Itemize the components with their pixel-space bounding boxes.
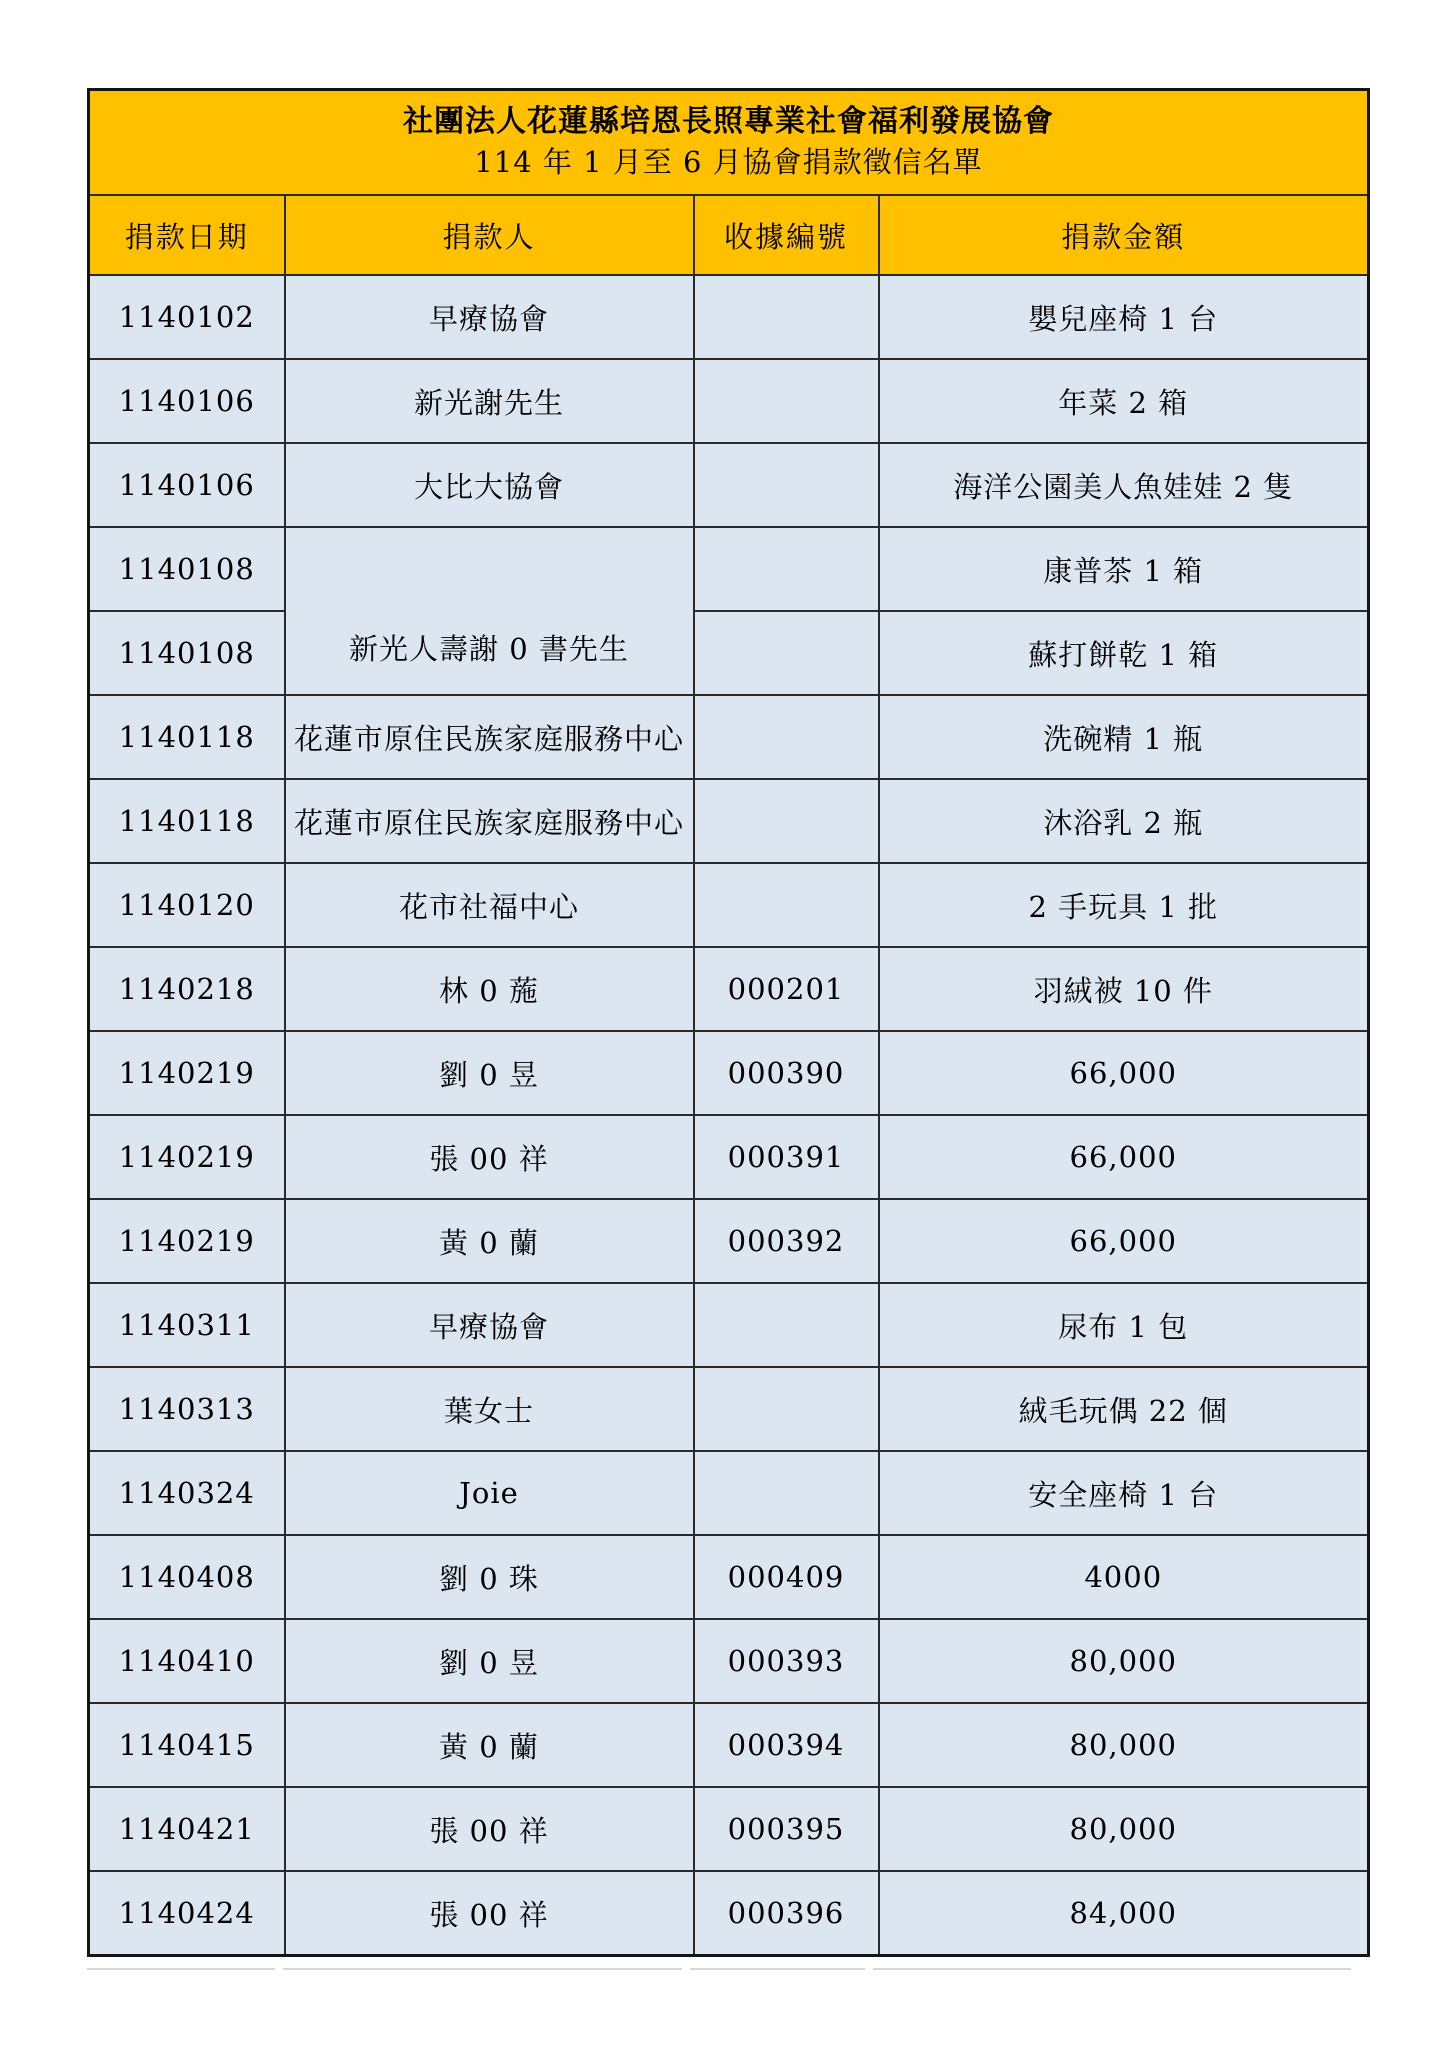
table-row: 1140102早療協會嬰兒座椅 1 台 (89, 275, 1369, 359)
cell-donor: 張 00 祥 (285, 1787, 694, 1871)
table-row: 1140424張 00 祥00039684,000 (89, 1871, 1369, 1956)
cell-donor: 新光謝先生 (285, 359, 694, 443)
table-row: 1140421張 00 祥00039580,000 (89, 1787, 1369, 1871)
cell-donor: 黃 0 蘭 (285, 1199, 694, 1283)
cell-receipt-number (694, 1451, 879, 1535)
report-title: 社團法人花蓮縣培恩長照專業社會福利發展協會 (90, 102, 1367, 142)
cell-donor: 林 0 葹 (285, 947, 694, 1031)
cell-amount: 66,000 (879, 1031, 1369, 1115)
cell-donation-date: 1140311 (89, 1283, 285, 1367)
cell-donor: 張 00 祥 (285, 1871, 694, 1956)
cell-donation-date: 1140219 (89, 1115, 285, 1199)
cell-amount: 康普茶 1 箱 (879, 527, 1369, 611)
cell-receipt-number (694, 275, 879, 359)
cell-donor: 新光人壽謝 0 書先生 (285, 527, 694, 695)
cell-amount: 洗碗精 1 瓶 (879, 695, 1369, 779)
table-row: 1140313葉女士絨毛玩偶 22 個 (89, 1367, 1369, 1451)
cell-donation-date: 1140106 (89, 443, 285, 527)
table-row: 1140218林 0 葹000201羽絨被 10 件 (89, 947, 1369, 1031)
cell-receipt-number (694, 1283, 879, 1367)
cell-donor: Joie (285, 1451, 694, 1535)
cell-receipt-number: 000390 (694, 1031, 879, 1115)
table-row: 1140408劉 0 珠0004094000 (89, 1535, 1369, 1619)
cell-amount: 嬰兒座椅 1 台 (879, 275, 1369, 359)
table-body: 社團法人花蓮縣培恩長照專業社會福利發展協會 114 年 1 月至 6 月協會捐款… (89, 90, 1369, 1956)
table-row: 1140108新光人壽謝 0 書先生康普茶 1 箱 (89, 527, 1369, 611)
cell-amount: 66,000 (879, 1199, 1369, 1283)
cell-donation-date: 1140118 (89, 695, 285, 779)
cell-receipt-number (694, 443, 879, 527)
cell-donation-date: 1140118 (89, 779, 285, 863)
cell-amount: 海洋公園美人魚娃娃 2 隻 (879, 443, 1369, 527)
cell-amount: 66,000 (879, 1115, 1369, 1199)
cell-receipt-number (694, 359, 879, 443)
cell-amount: 年菜 2 箱 (879, 359, 1369, 443)
cell-donor: 花蓮市原住民族家庭服務中心 (285, 779, 694, 863)
cell-donation-date: 1140120 (89, 863, 285, 947)
cell-donor: 劉 0 昱 (285, 1031, 694, 1115)
cell-donation-date: 1140424 (89, 1871, 285, 1956)
document-page: 社團法人花蓮縣培恩長照專業社會福利發展協會 114 年 1 月至 6 月協會捐款… (87, 88, 1367, 1970)
cell-amount: 84,000 (879, 1871, 1369, 1956)
title-cell: 社團法人花蓮縣培恩長照專業社會福利發展協會 114 年 1 月至 6 月協會捐款… (89, 90, 1369, 196)
table-row: 1140324Joie安全座椅 1 台 (89, 1451, 1369, 1535)
table-row: 1140219黃 0 蘭00039266,000 (89, 1199, 1369, 1283)
cell-receipt-number (694, 611, 879, 695)
table-row: 1140219張 00 祥00039166,000 (89, 1115, 1369, 1199)
cell-receipt-number (694, 863, 879, 947)
cell-donor: 大比大協會 (285, 443, 694, 527)
table-row: 1140118花蓮市原住民族家庭服務中心沐浴乳 2 瓶 (89, 779, 1369, 863)
table-row: 1140415黃 0 蘭00039480,000 (89, 1703, 1369, 1787)
cell-donation-date: 1140313 (89, 1367, 285, 1451)
cell-receipt-number: 000391 (694, 1115, 879, 1199)
cell-donor: 葉女士 (285, 1367, 694, 1451)
cell-receipt-number: 000201 (694, 947, 879, 1031)
cell-donor: 花蓮市原住民族家庭服務中心 (285, 695, 694, 779)
cell-receipt-number (694, 527, 879, 611)
header-row: 捐款日期 捐款人 收據編號 捐款金額 (89, 195, 1369, 275)
cell-donation-date: 1140219 (89, 1031, 285, 1115)
cell-donation-date: 1140218 (89, 947, 285, 1031)
cell-receipt-number: 000396 (694, 1871, 879, 1956)
cell-donation-date: 1140108 (89, 527, 285, 611)
cell-donation-date: 1140408 (89, 1535, 285, 1619)
cell-amount: 羽絨被 10 件 (879, 947, 1369, 1031)
column-header-receipt-number: 收據編號 (694, 195, 879, 275)
cell-donor: 早療協會 (285, 1283, 694, 1367)
cell-receipt-number: 000394 (694, 1703, 879, 1787)
donation-table: 社團法人花蓮縣培恩長照專業社會福利發展協會 114 年 1 月至 6 月協會捐款… (87, 88, 1370, 1957)
column-header-donation-date: 捐款日期 (89, 195, 285, 275)
cell-receipt-number: 000393 (694, 1619, 879, 1703)
table-row: 1140106新光謝先生年菜 2 箱 (89, 359, 1369, 443)
page-break-artifact (87, 1968, 1367, 1970)
table-row: 1140108蘇打餅乾 1 箱 (89, 611, 1369, 695)
table-row: 1140410劉 0 昱00039380,000 (89, 1619, 1369, 1703)
cell-donor: 張 00 祥 (285, 1115, 694, 1199)
report-subtitle: 114 年 1 月至 6 月協會捐款徵信名單 (90, 142, 1367, 182)
cell-donation-date: 1140108 (89, 611, 285, 695)
cell-amount: 蘇打餅乾 1 箱 (879, 611, 1369, 695)
cell-donor: 早療協會 (285, 275, 694, 359)
table-row: 1140118花蓮市原住民族家庭服務中心洗碗精 1 瓶 (89, 695, 1369, 779)
cell-amount: 4000 (879, 1535, 1369, 1619)
cell-amount: 80,000 (879, 1703, 1369, 1787)
cell-donor: 黃 0 蘭 (285, 1703, 694, 1787)
table-row: 1140120花市社福中心2 手玩具 1 批 (89, 863, 1369, 947)
cell-donation-date: 1140410 (89, 1619, 285, 1703)
table-row: 1140311早療協會尿布 1 包 (89, 1283, 1369, 1367)
cell-amount: 安全座椅 1 台 (879, 1451, 1369, 1535)
cell-amount: 80,000 (879, 1787, 1369, 1871)
cell-donation-date: 1140421 (89, 1787, 285, 1871)
cell-donation-date: 1140102 (89, 275, 285, 359)
table-row: 1140219劉 0 昱00039066,000 (89, 1031, 1369, 1115)
cell-donation-date: 1140415 (89, 1703, 285, 1787)
column-header-donor: 捐款人 (285, 195, 694, 275)
cell-receipt-number (694, 1367, 879, 1451)
cell-donation-date: 1140106 (89, 359, 285, 443)
cell-amount: 80,000 (879, 1619, 1369, 1703)
cell-donor: 劉 0 昱 (285, 1619, 694, 1703)
cell-receipt-number: 000409 (694, 1535, 879, 1619)
cell-amount: 絨毛玩偶 22 個 (879, 1367, 1369, 1451)
cell-amount: 2 手玩具 1 批 (879, 863, 1369, 947)
cell-receipt-number: 000392 (694, 1199, 879, 1283)
cell-receipt-number (694, 695, 879, 779)
cell-receipt-number: 000395 (694, 1787, 879, 1871)
cell-donor: 劉 0 珠 (285, 1535, 694, 1619)
cell-receipt-number (694, 779, 879, 863)
cell-amount: 沐浴乳 2 瓶 (879, 779, 1369, 863)
cell-donor: 花市社福中心 (285, 863, 694, 947)
cell-amount: 尿布 1 包 (879, 1283, 1369, 1367)
cell-donation-date: 1140324 (89, 1451, 285, 1535)
cell-donation-date: 1140219 (89, 1199, 285, 1283)
table-row: 1140106大比大協會海洋公園美人魚娃娃 2 隻 (89, 443, 1369, 527)
column-header-amount: 捐款金額 (879, 195, 1369, 275)
title-row: 社團法人花蓮縣培恩長照專業社會福利發展協會 114 年 1 月至 6 月協會捐款… (89, 90, 1369, 196)
